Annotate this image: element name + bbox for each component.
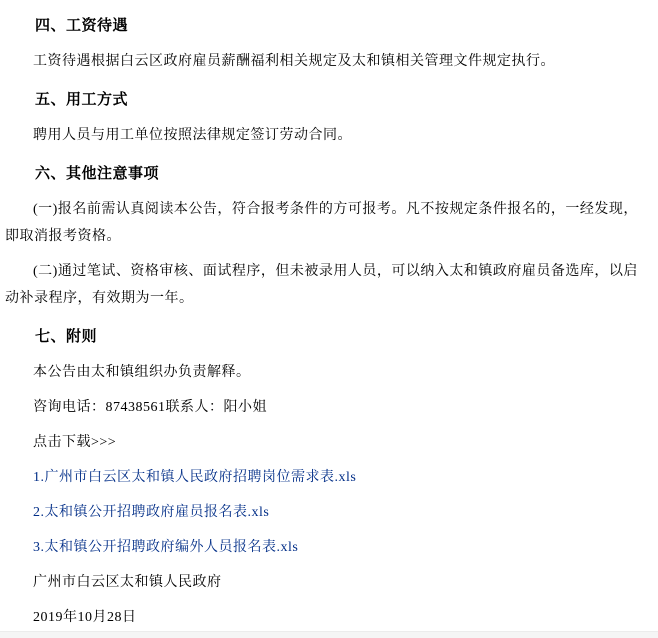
attachment-row: 3.太和镇公开招聘政府编外人员报名表.xls xyxy=(5,534,644,561)
paragraph-employment: 聘用人员与用工单位按照法律规定签订劳动合同。 xyxy=(5,122,644,149)
signature-line: 广州市白云区太和镇人民政府 xyxy=(5,569,644,596)
contact-phone-number: 87438561 xyxy=(106,400,166,415)
date-line: 2019年10月28日 xyxy=(5,604,644,631)
section-heading-supplementary: 七、附则 xyxy=(5,324,644,351)
paragraph-salary: 工资待遇根据白云区政府雇员薪酬福利相关规定及太和镇相关管理文件规定执行。 xyxy=(5,48,644,75)
contact-person-label: 联系人： xyxy=(166,400,224,415)
contact-person-name: 阳小姐 xyxy=(224,400,268,415)
paragraph-note-1: (一)报名前需认真阅读本公告，符合报考条件的方可报考。凡不按规定条件报名的，一经… xyxy=(5,196,644,250)
paragraph-note-2: (二)通过笔试、资格审核、面试程序，但未被录用人员，可以纳入太和镇政府雇员备选库… xyxy=(5,258,644,312)
section-heading-employment: 五、用工方式 xyxy=(5,87,644,114)
footer-divider-bar xyxy=(0,631,658,638)
contact-phone-label: 咨询电话： xyxy=(33,400,106,415)
section-heading-salary: 四、工资待遇 xyxy=(5,13,644,40)
attachment-row: 2.太和镇公开招聘政府雇员报名表.xls xyxy=(5,499,644,526)
download-link-external-staff-application-form[interactable]: 3.太和镇公开招聘政府编外人员报名表.xls xyxy=(33,540,298,555)
paragraph-interpretation: 本公告由太和镇组织办负责解释。 xyxy=(5,359,644,386)
announcement-document: 四、工资待遇 工资待遇根据白云区政府雇员薪酬福利相关规定及太和镇相关管理文件规定… xyxy=(0,0,658,631)
attachment-row: 1.广州市白云区太和镇人民政府招聘岗位需求表.xls xyxy=(5,464,644,491)
download-link-job-requirements-table[interactable]: 1.广州市白云区太和镇人民政府招聘岗位需求表.xls xyxy=(33,470,356,485)
section-heading-notes: 六、其他注意事项 xyxy=(5,161,644,188)
contact-line: 咨询电话：87438561联系人：阳小姐 xyxy=(5,394,644,421)
download-link-employee-application-form[interactable]: 2.太和镇公开招聘政府雇员报名表.xls xyxy=(33,505,269,520)
download-prompt: 点击下载>>> xyxy=(5,429,644,456)
